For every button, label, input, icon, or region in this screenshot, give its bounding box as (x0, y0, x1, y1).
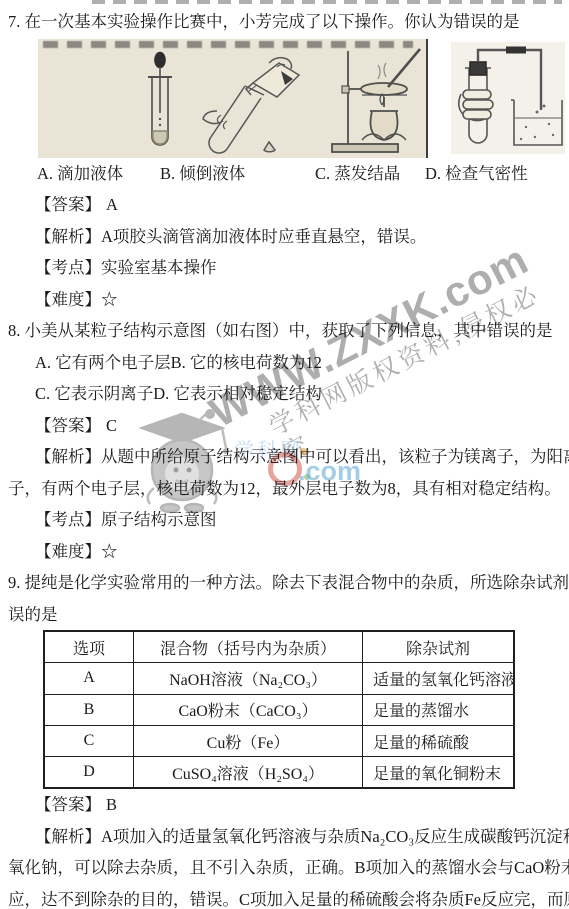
q7-option-d-label: D. 检查气密性 (425, 158, 528, 190)
q7-answer-value: A (106, 195, 118, 214)
q7-figures (0, 38, 569, 158)
q9-analysis-line-3: 应，达不到除杂的目的，错误。C项加入足量的稀硫酸会将杂质Fe反应完，而原 (8, 884, 569, 909)
table-cell: 足量的稀硫酸 (363, 725, 515, 756)
table-header-row: 选项 混合物（括号内为杂质） 除杂试剂 (44, 631, 514, 663)
q8-topic-line: 【考点】原子结构示意图 (35, 504, 569, 536)
table-header-cell: 除杂试剂 (363, 631, 515, 663)
q7-option-c-label: C. 蒸发结晶 (315, 158, 400, 190)
q9-answer-line: 【答案】B (35, 789, 569, 821)
q8-analysis-line-1: 【解析】从题中所给原子结构示意图中可以看出，该粒子为镁离子，为阳离 (35, 441, 569, 473)
table-cell: 适量的氢氧化钙溶液 (363, 663, 515, 694)
table-cell: C (44, 725, 134, 756)
q9-analysis-line-1: 【解析】A项加入的适量氢氧化钙溶液与杂质Na₂CO₃反应生成碳酸钙沉淀和氢 (35, 821, 569, 853)
q8-options-line-1: A. 它有两个电子层B. 它的核电荷数为12 (35, 347, 569, 379)
answer-label: 【答案】 (35, 195, 101, 214)
document-content: 7. 在一次基本实验操作比赛中，小芳完成了以下操作。你认为错误的是 (0, 0, 569, 909)
table-cell: D (44, 757, 134, 789)
q8-answer-line: 【答案】C (35, 410, 569, 442)
table-row: B CaO粉末（CaCO₃） 足量的蒸馏水 (44, 694, 514, 725)
q9-stem-line-1: 9. 提纯是化学实验常用的一种方法。除去下表混合物中的杂质，所选除杂试剂错 (8, 567, 569, 599)
table-cell: 足量的蒸馏水 (363, 694, 515, 725)
table-row: C Cu粉（Fe） 足量的稀硫酸 (44, 725, 514, 756)
table-cell: 足量的氧化铜粉末 (363, 757, 515, 789)
q7-analysis-line: 【解析】A项胶头滴管滴加液体时应垂直悬空，错误。 (35, 221, 569, 253)
table-row: A NaOH溶液（Na₂CO₃） 适量的氢氧化钙溶液 (44, 663, 514, 694)
q8-analysis-line-2: 子，有两个电子层，核电荷数为12，最外层电子数为8，具有相对稳定结构。 (8, 473, 569, 505)
q7-topic-line: 【考点】实验室基本操作 (35, 252, 569, 284)
q7-scanned-figure-strip (38, 39, 428, 158)
q9-stem-line-2: 误的是 (8, 599, 569, 631)
pouring-liquid-icon (181, 53, 309, 155)
table-header-cell: 混合物（括号内为杂质） (134, 631, 363, 663)
exam-answer-document: { "watermark": { "site": "WWW.ZXXK.com",… (0, 0, 569, 909)
q7-stem: 7. 在一次基本实验操作比赛中，小芳完成了以下操作。你认为错误的是 (8, 6, 569, 38)
q9-answer-value: B (106, 795, 117, 814)
q9-purification-table: 选项 混合物（括号内为杂质） 除杂试剂 A NaOH溶液（Na₂CO₃） 适量的… (43, 630, 515, 789)
cropped-previous-line-artifact (92, 0, 562, 4)
table-header-cell: 选项 (44, 631, 134, 663)
q7-figure-d-box (451, 42, 565, 154)
q7-difficulty-line: 【难度】☆ (35, 284, 569, 316)
table-cell: B (44, 694, 134, 725)
gas-tightness-check-icon (451, 42, 565, 154)
answer-label: 【答案】 (35, 416, 101, 435)
q7-answer-line: 【答案】A (35, 189, 569, 221)
evaporation-setup-icon (328, 45, 426, 157)
q7-option-a-label: A. 滴加液体 (37, 158, 123, 190)
q7-option-labels: A. 滴加液体 B. 倾倒液体 C. 蒸发结晶 D. 检查气密性 (0, 158, 569, 190)
table-cell: A (44, 663, 134, 694)
table-row: D CuSO₄溶液（H₂SO₄） 足量的氧化铜粉末 (44, 757, 514, 789)
q8-options-line-2: C. 它表示阴离子D. 它表示相对稳定结构 (35, 378, 569, 410)
q8-stem: 8. 小美从某粒子结构示意图（如右图）中，获取了下列信息，其中错误的是 (8, 315, 569, 347)
q7-option-b-label: B. 倾倒液体 (160, 158, 245, 190)
dropper-test-tube-icon (138, 51, 182, 157)
answer-label: 【答案】 (35, 795, 101, 814)
table-cell: CuSO₄溶液（H₂SO₄） (134, 757, 363, 789)
q9-analysis-line-2: 氧化钠，可以除去杂质，且不引入杂质，正确。B项加入的蒸馏水会与CaO粉末反 (8, 852, 569, 884)
table-cell: NaOH溶液（Na₂CO₃） (134, 663, 363, 694)
q8-difficulty-line: 【难度】☆ (35, 536, 569, 568)
table-cell: Cu粉（Fe） (134, 725, 363, 756)
q8-answer-value: C (106, 416, 117, 435)
table-cell: CaO粉末（CaCO₃） (134, 694, 363, 725)
